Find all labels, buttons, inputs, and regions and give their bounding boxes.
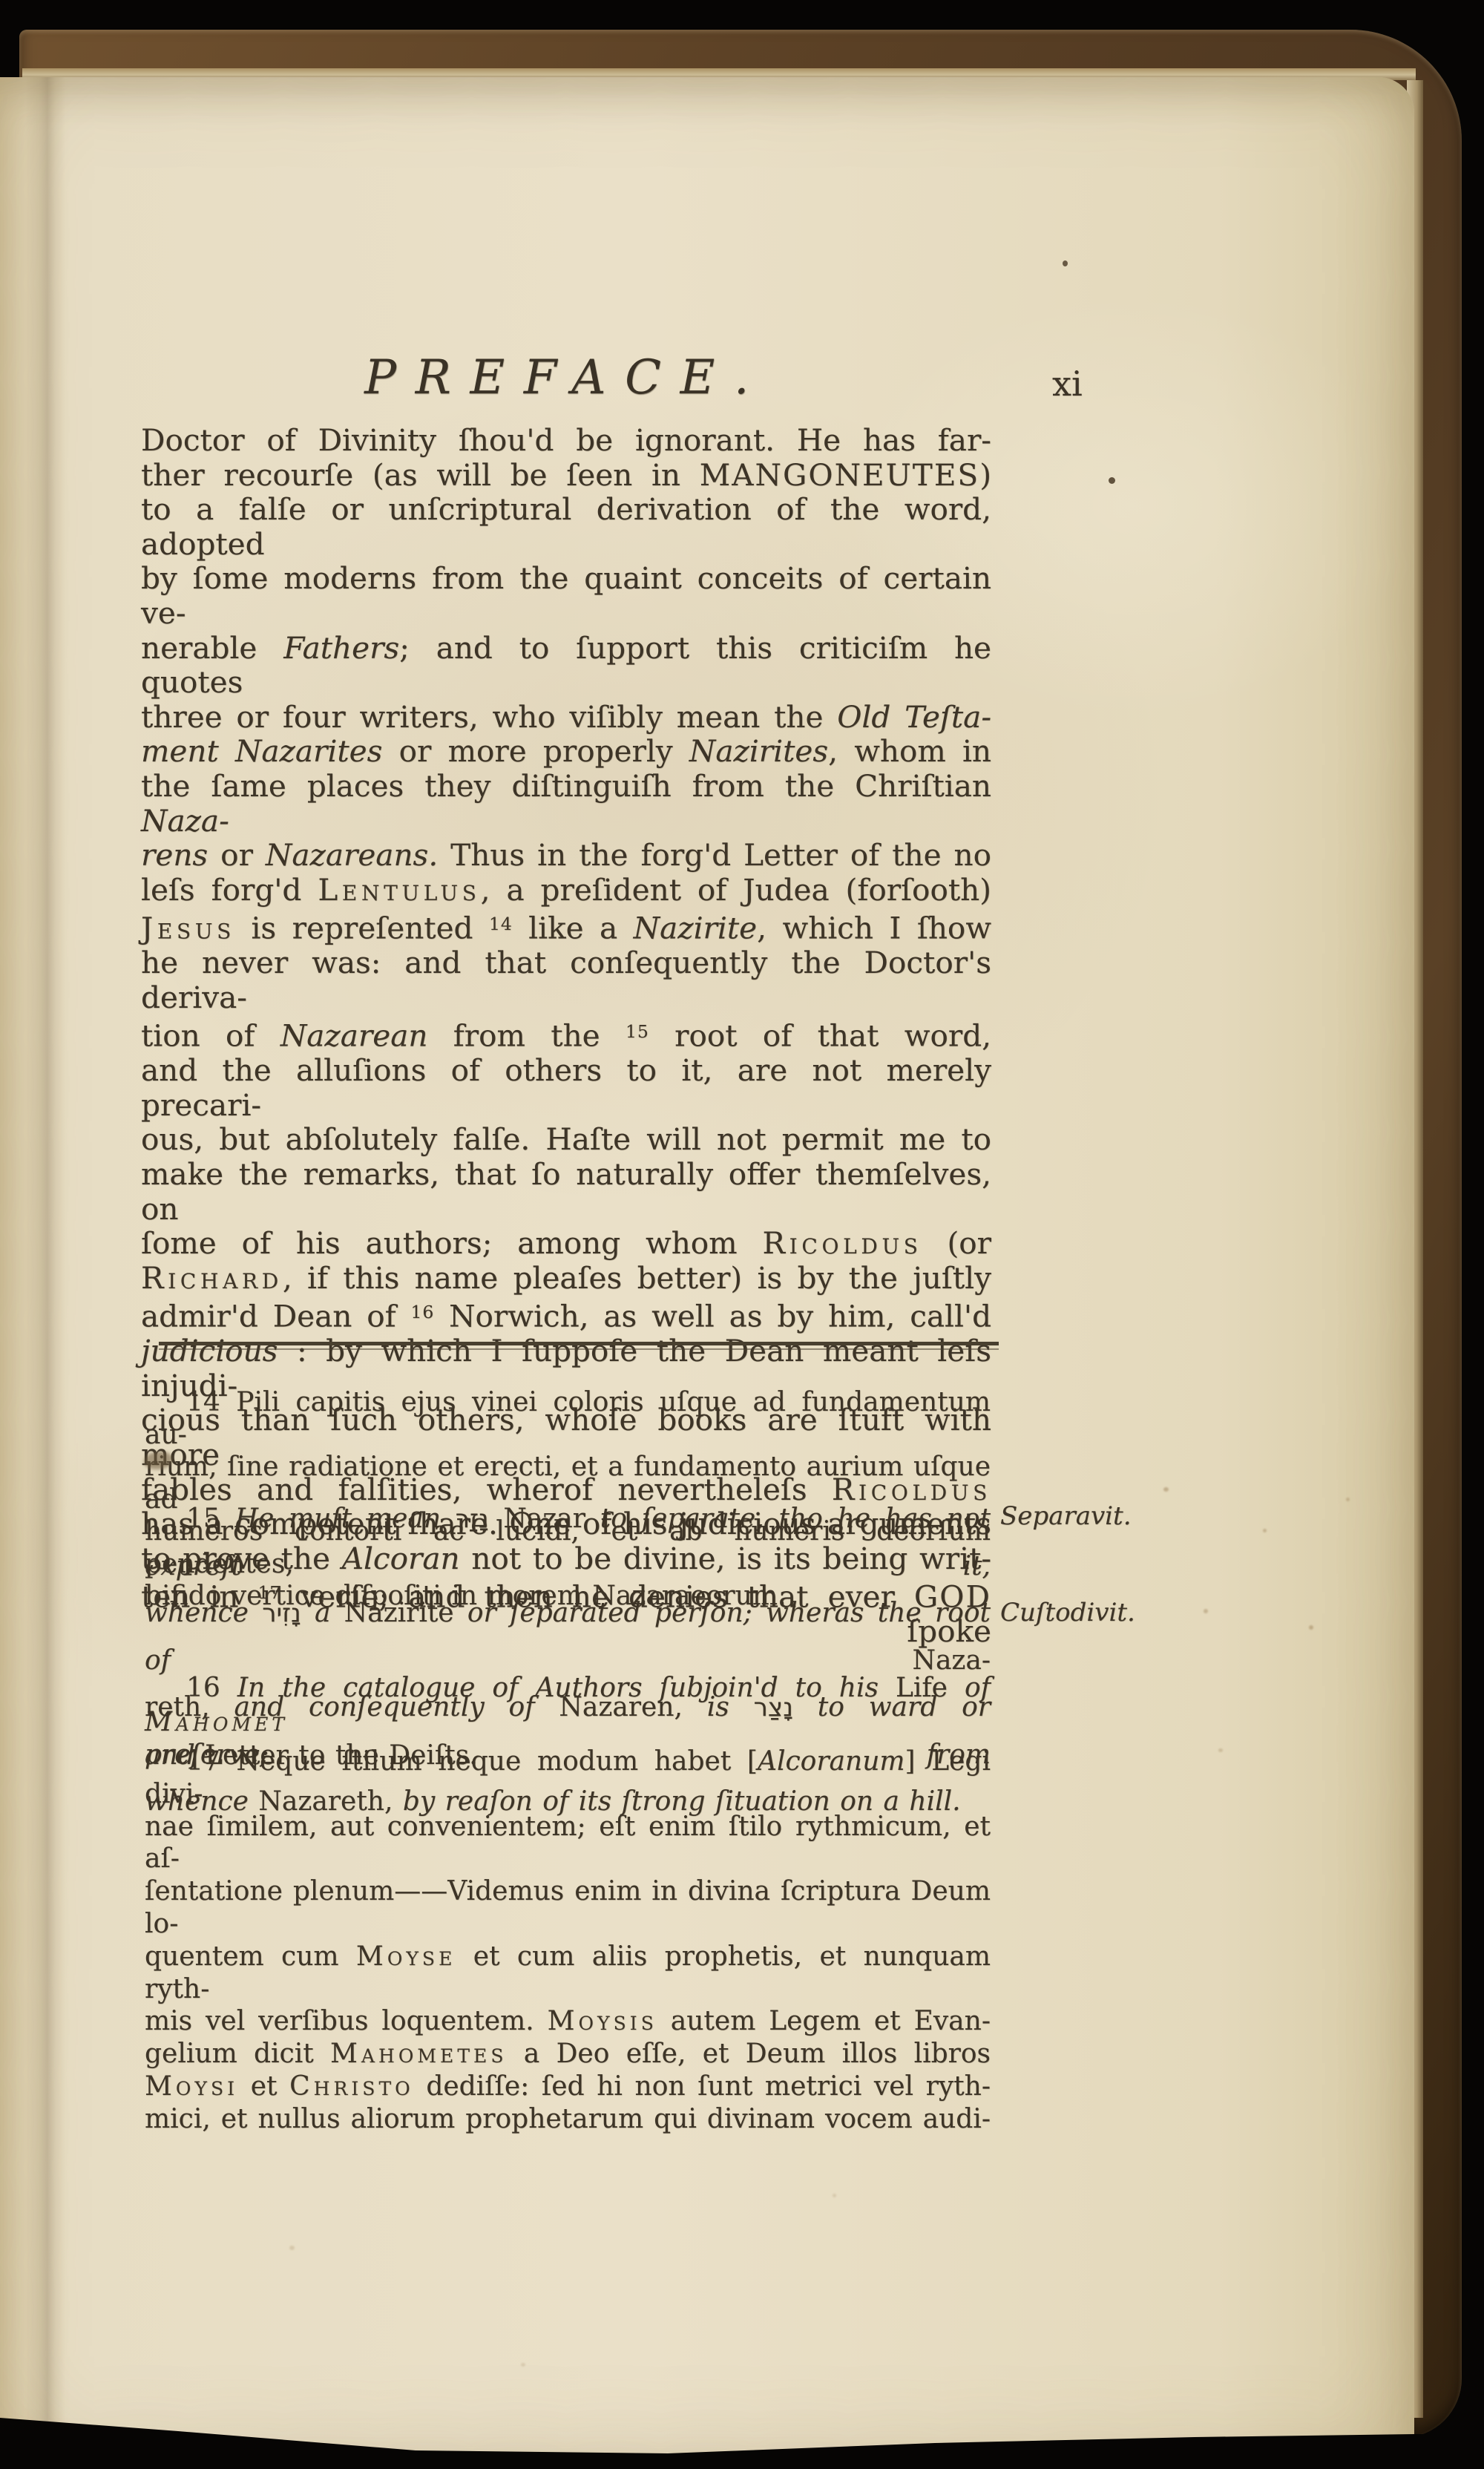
paper-freckle — [1163, 1487, 1169, 1492]
text-line: to a falſe or unſcriptural derivation of… — [141, 492, 991, 561]
text-line: three or four writers, who viſibly mean … — [141, 700, 991, 735]
text-line: ther recourſe (as will be ſeen in MANGON… — [141, 458, 991, 493]
paper-freckle — [1263, 1529, 1267, 1532]
text-line: Richard, if this name pleaſes better) is… — [141, 1261, 991, 1296]
page-number: xi — [1052, 364, 1083, 404]
text-line: Doctor of Divinity ſhou'd be ignorant. H… — [141, 423, 991, 458]
footnote-17: 17 Neque ſtilum neque modum habet [Alcor… — [145, 1745, 991, 2136]
margin-note-custodivit: Cuſtodivit. — [1000, 1598, 1163, 1627]
paper-speck — [1109, 477, 1115, 484]
margin-note-separavit: Separavit. — [1000, 1501, 1163, 1531]
text-line: nae ſimilem, aut convenientem; eſt enim … — [145, 1811, 991, 1876]
paper-freckle — [289, 2246, 295, 2250]
text-line: he never was: and that conſequently the … — [141, 945, 991, 1014]
page-title: PREFACE. — [364, 350, 768, 405]
paper-freckle — [1218, 1748, 1223, 1752]
text-line: ous, but abſolutely falſe. Haſte will no… — [141, 1122, 991, 1157]
book-scan-photo: PREFACE. xi Doctor of Divinity ſhou'd be… — [0, 0, 1484, 2469]
text-line: and the alluſions of others to it, are n… — [141, 1053, 991, 1122]
text-line: nerable Fathers; and to ſupport this cri… — [141, 631, 991, 700]
paper-freckle — [1204, 1609, 1208, 1613]
text-line: ſentatione plenum——Videmus enim in divin… — [145, 1875, 991, 1941]
paper-freckle — [521, 2363, 525, 2367]
paper-freckle — [1346, 1498, 1350, 1501]
text-line: ſome of his authors; among whom Ricoldus… — [141, 1226, 991, 1261]
text-line: gelium dicit Mahometes a Deo eſſe, et De… — [145, 2038, 991, 2070]
text-line: admir'd Dean of 16 Norwich, as well as b… — [141, 1295, 991, 1334]
paper-freckle — [1309, 1625, 1313, 1630]
paper-freckle — [833, 2194, 836, 2197]
text-line: tion of Nazarean from the 15 root of tha… — [141, 1014, 991, 1053]
text-line: Moysi et Christo dediſſe: ſed hi non ſun… — [145, 2070, 991, 2103]
text-line: whence נָזִיר a Nazirite or ſeparated pe… — [145, 1590, 991, 1684]
text-line: the ſame places they diſtinguiſh from th… — [141, 769, 991, 838]
text-line: 15 He muſt mean נָזַר Nazar to ſeparate,… — [145, 1495, 991, 1590]
text-line: rens or Nazareans. Thus in the forg'd Le… — [141, 838, 991, 873]
text-line: ment Nazarites or more properly Nazirite… — [141, 734, 991, 769]
text-line: by ſome moderns from the quaint conceits… — [141, 561, 991, 630]
text-line: make the remarks, that ſo naturally offe… — [141, 1157, 991, 1226]
text-line: 16 In the catalogue of Authors ſubjoin'd… — [145, 1671, 991, 1739]
text-line: mis vel verſibus loquentem. Moysis autem… — [145, 2005, 991, 2038]
paper-speck — [1063, 260, 1068, 266]
footnote-divider-rule — [159, 1342, 999, 1350]
text-line: mici, et nullus aliorum prophetarum qui … — [145, 2103, 991, 2136]
text-line: leſs forg'd Lentulus, a preſident of Jud… — [141, 873, 991, 908]
page-header: PREFACE. — [141, 350, 991, 405]
text-line: quentem cum Moyse et cum aliis prophetis… — [145, 1941, 991, 2006]
text-line: 14 Pili capitis ejus vinei coloris uſque… — [145, 1386, 991, 1451]
text-line: Jesus is repreſented 14 like a Nazirite,… — [141, 907, 991, 945]
gutter-crease — [25, 77, 65, 2456]
book-page: PREFACE. xi Doctor of Divinity ſhou'd be… — [0, 77, 1414, 2456]
text-line: 17 Neque ſtilum neque modum habet [Alcor… — [145, 1745, 991, 1811]
